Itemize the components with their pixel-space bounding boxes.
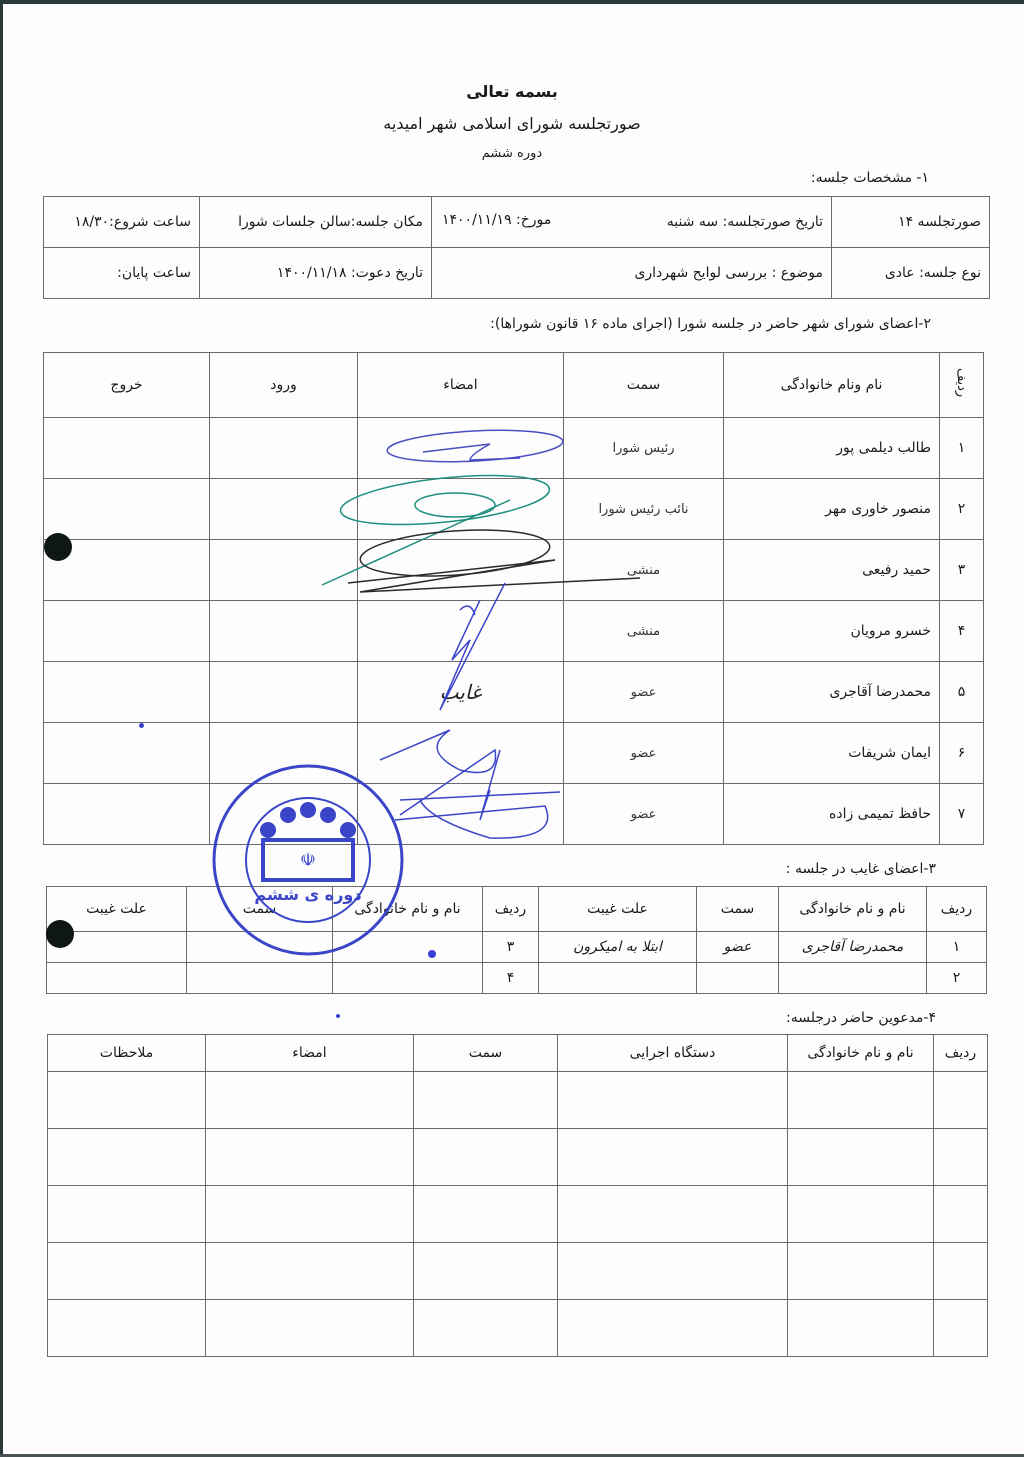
table-row: ۴ خسرو مرویان منشی [44, 601, 984, 662]
signature-cell [358, 601, 564, 662]
exit-cell [44, 662, 210, 723]
header-label: ردیف [954, 368, 969, 397]
signature-cell [358, 418, 564, 479]
absent-handwritten-note: غایب [440, 680, 482, 704]
table-row: ۳ حمید رفیعی منشی [44, 540, 984, 601]
col-header-name: نام و نام خانوادگی [788, 1035, 934, 1072]
table-header-row: ردیف نام ونام خانوادگی سمت امضاء ورود خر… [44, 353, 984, 418]
ink-dot-icon [336, 1014, 340, 1018]
svg-text:☫: ☫ [300, 850, 316, 871]
cell [48, 1186, 206, 1243]
col-header-role: سمت [697, 887, 779, 932]
exit-cell [44, 784, 210, 845]
ink-dot-icon [428, 950, 436, 958]
absent-name [779, 963, 927, 994]
entry-cell [210, 662, 358, 723]
cell [48, 1300, 206, 1357]
cell [934, 1129, 988, 1186]
exit-cell [44, 601, 210, 662]
absent-members-table: ردیف نام و نام خانوادگی سمت علت غیبت ردی… [46, 886, 987, 994]
member-role: نائب رئیس شورا [564, 479, 724, 540]
member-name: محمدرضا آقاجری [724, 662, 940, 723]
session-details-table: صورتجلسه ۱۴ تاریخ صورتجلسه: سه شنبه مورخ… [43, 196, 990, 299]
cell [558, 1300, 788, 1357]
row-number: ۴ [940, 601, 984, 662]
member-role: عضو [564, 662, 724, 723]
cell [788, 1129, 934, 1186]
table-row: ۲ منصور خاوری مهر نائب رئیس شورا [44, 479, 984, 540]
absent-role: عضو [697, 932, 779, 963]
col-header-organization: دستگاه اجرایی [558, 1035, 788, 1072]
row-number: ۳ [483, 932, 539, 963]
col-header-exit: خروج [44, 353, 210, 418]
start-time: ساعت شروع:۱۸/۳۰ [44, 197, 200, 248]
session-subject: موضوع : بررسی لوایح شهرداری [432, 248, 832, 299]
signature-cell [358, 784, 564, 845]
col-header-row-number-2: ردیف [483, 887, 539, 932]
cell [414, 1186, 558, 1243]
absence-reason [539, 963, 697, 994]
cell [48, 1072, 206, 1129]
cell [206, 1072, 414, 1129]
signature-cell [358, 723, 564, 784]
entry-cell [210, 418, 358, 479]
cell [206, 1129, 414, 1186]
member-name: حمید رفیعی [724, 540, 940, 601]
entry-cell [210, 479, 358, 540]
row-number: ۲ [927, 963, 987, 994]
section1-label: ۱- مشخصات جلسه: [811, 170, 929, 186]
punch-hole-icon [44, 533, 72, 561]
scan-edge-left [0, 0, 3, 1457]
col-header-row-number: ردیف [940, 353, 984, 418]
exit-cell [44, 418, 210, 479]
cell [788, 1300, 934, 1357]
cell [934, 1072, 988, 1129]
section3-label: ۳-اعضای غایب در جلسه : [786, 861, 936, 877]
absent-role [697, 963, 779, 994]
cell [934, 1300, 988, 1357]
signature-cell: غایب [358, 662, 564, 723]
row-number: ۳ [940, 540, 984, 601]
dated-value: مورخ: ۱۴۰۰/۱۱/۱۹ [442, 212, 551, 228]
member-name: طالب دیلمی پور [724, 418, 940, 479]
col-header-signature: امضاء [206, 1035, 414, 1072]
member-role: عضو [564, 784, 724, 845]
cell [788, 1186, 934, 1243]
absent-role [187, 932, 333, 963]
entry-cell [210, 723, 358, 784]
member-role: رئیس شورا [564, 418, 724, 479]
cell [414, 1243, 558, 1300]
table-row: ۷ حافظ تمیمی زاده عضو [44, 784, 984, 845]
exit-cell [44, 479, 210, 540]
document-title: صورتجلسه شورای اسلامی شهر امیدیه [0, 114, 1024, 133]
cell [558, 1129, 788, 1186]
table-row: نوع جلسه: عادی موضوع : بررسی لوایح شهردا… [44, 248, 990, 299]
invitation-date: تاریخ دعوت: ۱۴۰۰/۱۱/۱۸ [200, 248, 432, 299]
table-header-row: ردیف نام و نام خانوادگی دستگاه اجرایی سم… [48, 1035, 988, 1072]
table-row: صورتجلسه ۱۴ تاریخ صورتجلسه: سه شنبه مورخ… [44, 197, 990, 248]
table-header-row: ردیف نام و نام خانوادگی سمت علت غیبت ردی… [47, 887, 987, 932]
minutes-date: تاریخ صورتجلسه: سه شنبه [667, 214, 823, 230]
member-name: خسرو مرویان [724, 601, 940, 662]
row-number: ۷ [940, 784, 984, 845]
table-row: ۱ طالب دیلمی پور رئیس شورا [44, 418, 984, 479]
cell [558, 1186, 788, 1243]
col-header-remarks: ملاحظات [48, 1035, 206, 1072]
invited-guests-table: ردیف نام و نام خانوادگی دستگاه اجرایی سم… [47, 1034, 988, 1357]
section4-label: ۴-مدعوین حاضر درجلسه: [786, 1010, 936, 1026]
table-row: ۵ محمدرضا آقاجری عضو غایب [44, 662, 984, 723]
term-subtitle: دوره ششم [0, 146, 1024, 161]
row-number: ۶ [940, 723, 984, 784]
cell [558, 1243, 788, 1300]
member-name: منصور خاوری مهر [724, 479, 940, 540]
row-number: ۵ [940, 662, 984, 723]
session-location: مکان جلسه:سالن جلسات شورا [200, 197, 432, 248]
cell [48, 1129, 206, 1186]
row-number: ۴ [483, 963, 539, 994]
col-header-name: نام و نام خانوادگی [779, 887, 927, 932]
cell [206, 1300, 414, 1357]
invocation-heading: بسمه تعالی [0, 82, 1024, 101]
cell [206, 1186, 414, 1243]
entry-cell [210, 540, 358, 601]
member-role: منشی [564, 540, 724, 601]
col-header-name: نام ونام خانوادگی [724, 353, 940, 418]
cell [788, 1072, 934, 1129]
col-header-absence-reason: علت غیبت [539, 887, 697, 932]
cell [48, 1243, 206, 1300]
row-number: ۱ [940, 418, 984, 479]
table-row [48, 1129, 988, 1186]
absent-name: محمدرضا آقاجری [779, 932, 927, 963]
cell [414, 1129, 558, 1186]
section2-label: ۲-اعضای شورای شهر حاضر در جلسه شورا (اجر… [490, 316, 931, 332]
table-row [48, 1186, 988, 1243]
cell [788, 1243, 934, 1300]
member-role: منشی [564, 601, 724, 662]
col-header-signature: امضاء [358, 353, 564, 418]
entry-cell [210, 601, 358, 662]
cell [414, 1300, 558, 1357]
member-name: حافظ تمیمی زاده [724, 784, 940, 845]
col-header-name-2: نام و نام خانوادگی [333, 887, 483, 932]
cell [414, 1072, 558, 1129]
col-header-role: سمت [564, 353, 724, 418]
col-header-role: سمت [414, 1035, 558, 1072]
table-row: ۲ ۴ [47, 963, 987, 994]
col-header-entry: ورود [210, 353, 358, 418]
member-role: عضو [564, 723, 724, 784]
cell [934, 1186, 988, 1243]
end-time: ساعت پایان: [44, 248, 200, 299]
absent-name [333, 932, 483, 963]
table-row: ۱ محمدرضا آقاجری عضو ابتلا به امیکرون ۳ [47, 932, 987, 963]
cell [934, 1243, 988, 1300]
table-row [48, 1300, 988, 1357]
absence-reason [47, 963, 187, 994]
col-header-role-2: سمت [187, 887, 333, 932]
ink-dot-icon [139, 723, 144, 728]
entry-cell [210, 784, 358, 845]
table-row: ۶ ایمان شریفات عضو [44, 723, 984, 784]
cell [558, 1072, 788, 1129]
signature-cell [358, 540, 564, 601]
minutes-number: صورتجلسه ۱۴ [832, 197, 990, 248]
absence-reason: ابتلا به امیکرون [539, 932, 697, 963]
table-row [48, 1072, 988, 1129]
present-members-table: ردیف نام ونام خانوادگی سمت امضاء ورود خر… [43, 352, 984, 845]
col-header-row-number: ردیف [927, 887, 987, 932]
scan-edge-top [0, 0, 1024, 4]
row-number: ۱ [927, 932, 987, 963]
minutes-date-cell: تاریخ صورتجلسه: سه شنبه مورخ: ۱۴۰۰/۱۱/۱۹ [432, 197, 832, 248]
cell [206, 1243, 414, 1300]
member-name: ایمان شریفات [724, 723, 940, 784]
col-header-row-number: ردیف [934, 1035, 988, 1072]
absent-name [333, 963, 483, 994]
exit-cell [44, 723, 210, 784]
row-number: ۲ [940, 479, 984, 540]
signature-cell [358, 479, 564, 540]
session-type: نوع جلسه: عادی [832, 248, 990, 299]
absent-role [187, 963, 333, 994]
table-row [48, 1243, 988, 1300]
punch-hole-icon [46, 920, 74, 948]
